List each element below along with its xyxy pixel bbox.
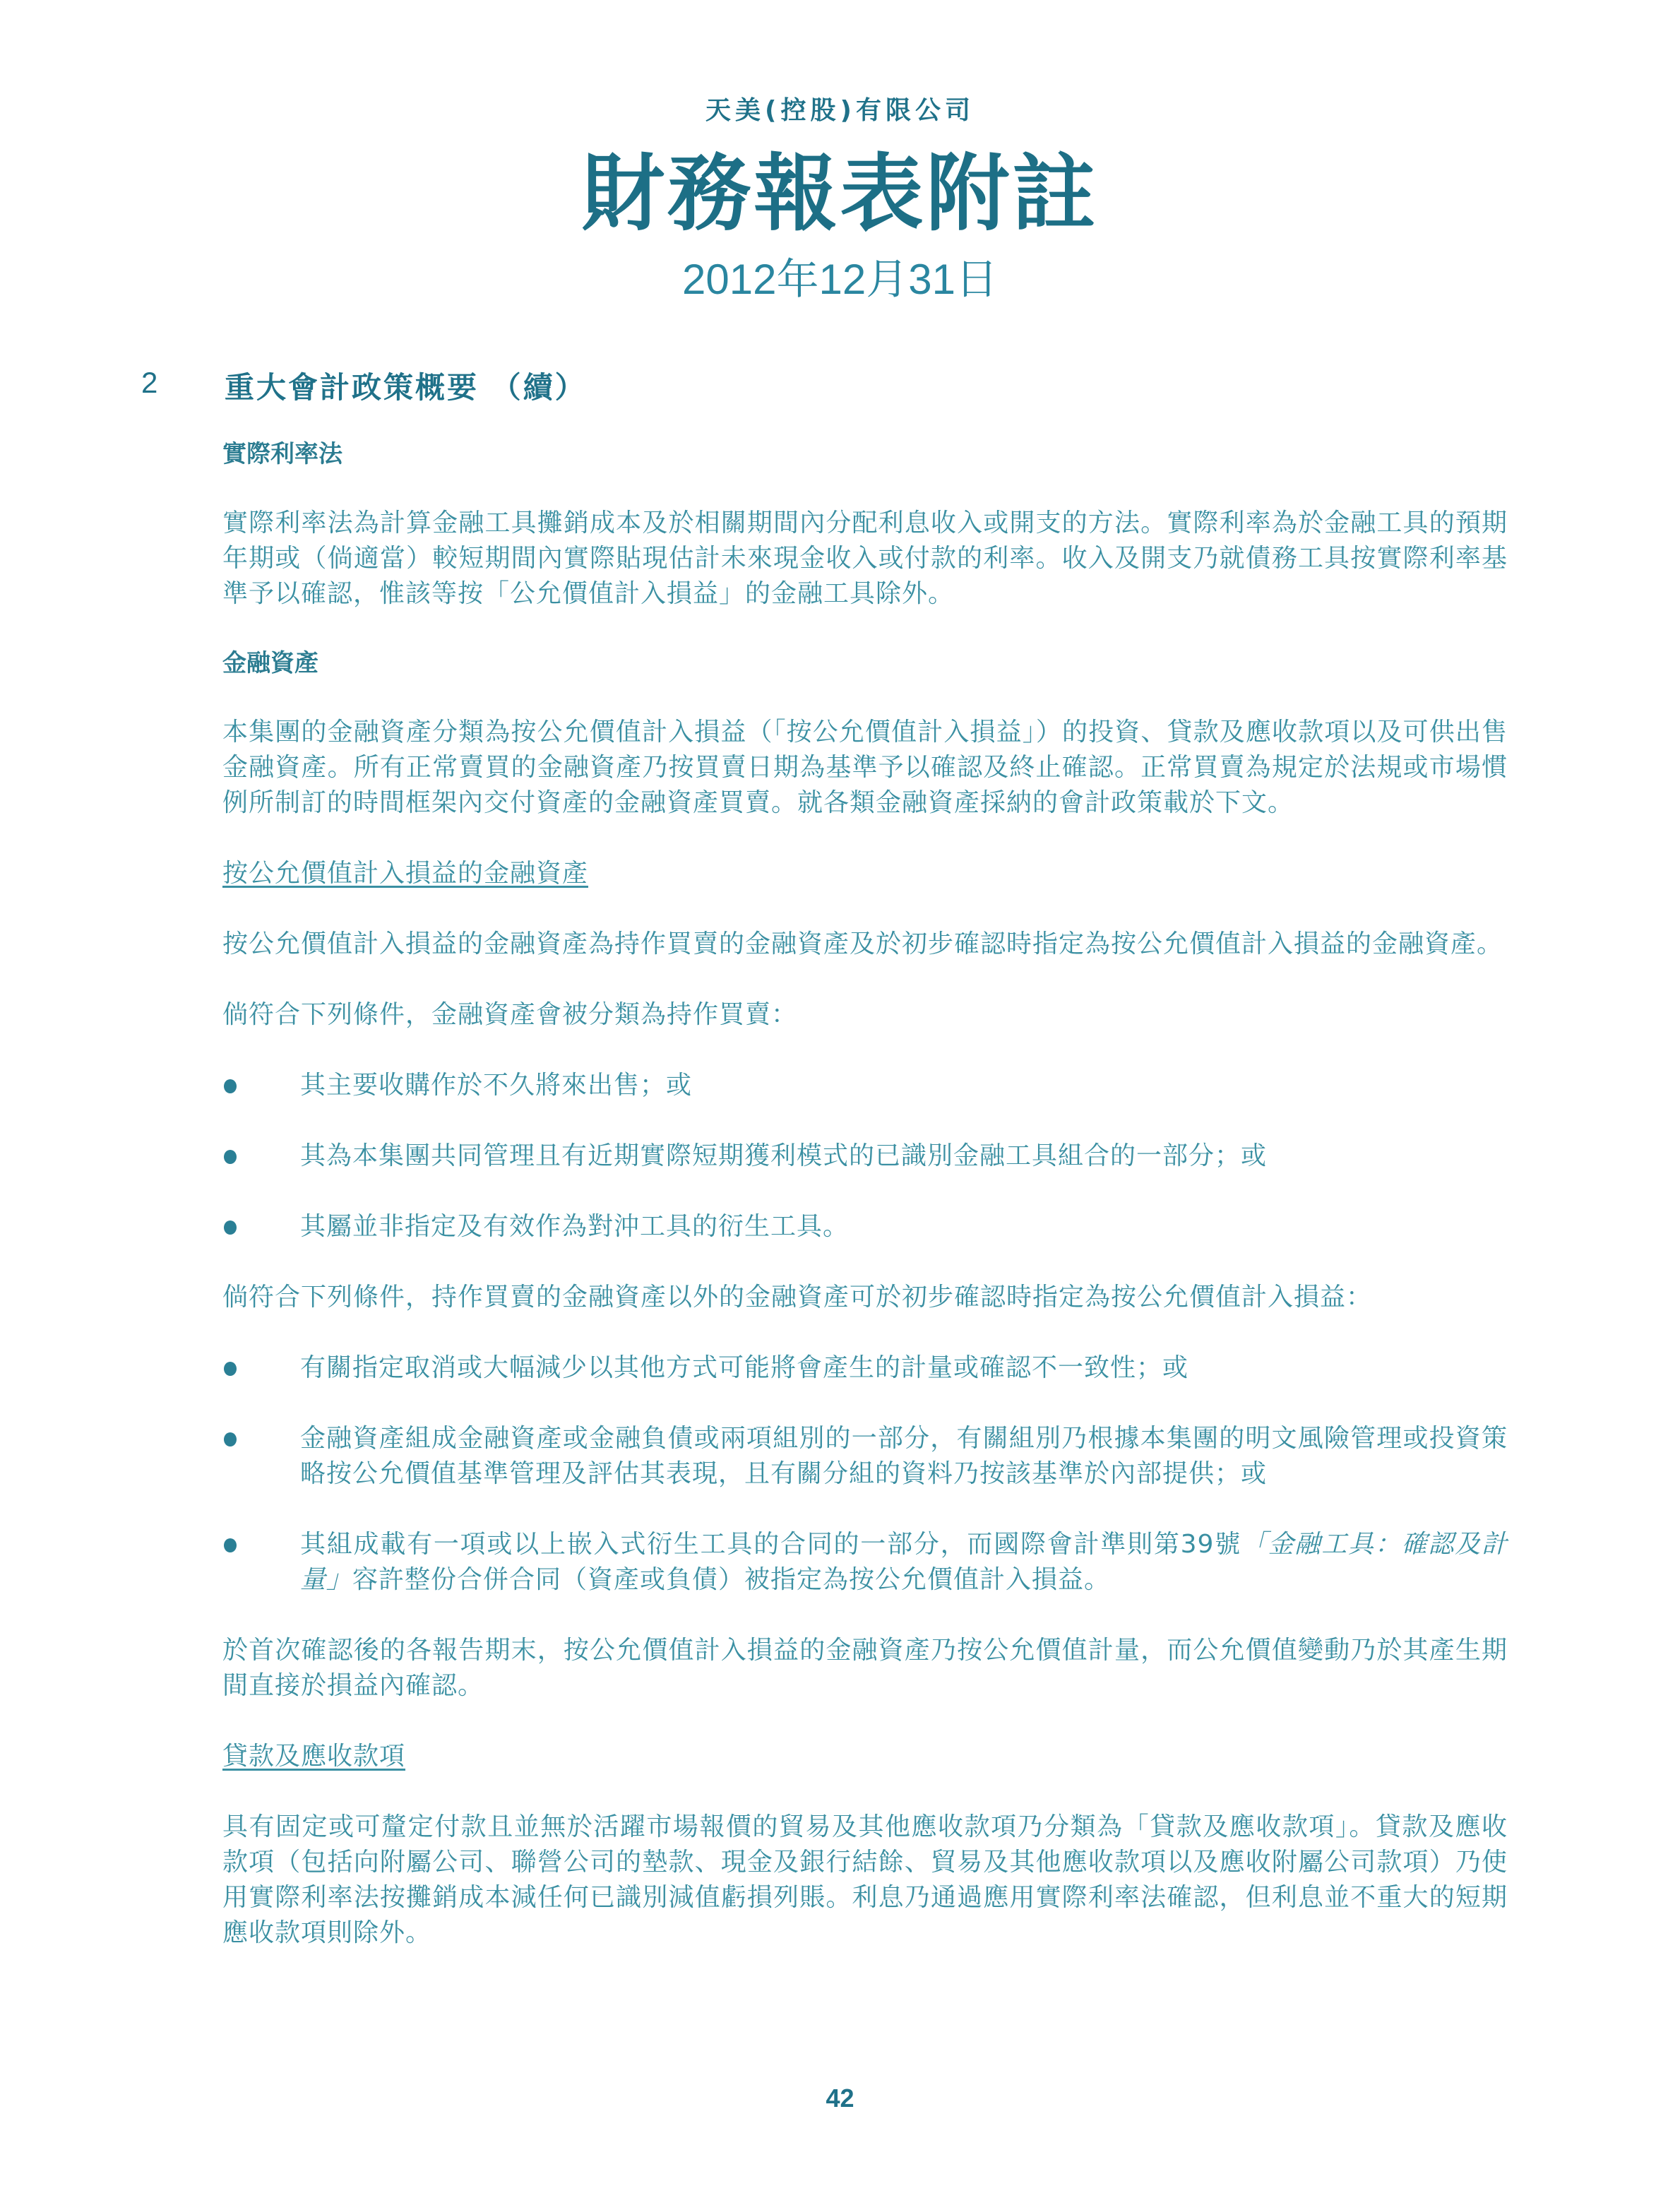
heading-loans-receivables: 貸款及應收款項 xyxy=(222,1739,405,1774)
company-name: 天美(控股)有限公司 xyxy=(0,90,1680,126)
bullet-icon xyxy=(224,1220,237,1235)
bullet-icon xyxy=(224,1079,237,1093)
list-item-text: 其為本集團共同管理且有近期實際短期獲利模式的已識別金融工具組合的一部分；或 xyxy=(300,1141,1267,1170)
list-item-text-after: 容許整份合併合同（資產或負債）被指定為按公允價值計入損益。 xyxy=(352,1565,1110,1594)
list-item: 其屬並非指定及有效作為對沖工具的衍生工具。 xyxy=(222,1209,1508,1245)
list-item: 其主要收購作於不久將來出售；或 xyxy=(222,1068,1508,1103)
list-item-text: 金融資產組成金融資產或金融負債或兩項組別的一部分，有關組別乃根據本集團的明文風險… xyxy=(300,1424,1508,1488)
list-item: 其組成載有一項或以上嵌入式衍生工具的合同的一部分，而國際會計準則第39號「金融工… xyxy=(222,1527,1508,1598)
document-body: 實際利率法 實際利率法為計算金融工具攤銷成本及於相關期間內分配利息收入或開支的方… xyxy=(222,438,1508,1986)
list-item-text: 其屬並非指定及有效作為對沖工具的衍生工具。 xyxy=(300,1212,849,1241)
bullet-icon xyxy=(224,1150,237,1164)
list-item: 金融資產組成金融資產或金融負債或兩項組別的一部分，有關組別乃根據本集團的明文風險… xyxy=(222,1421,1508,1492)
paragraph-held-for-trading-intro: 倘符合下列條件，金融資產會被分類為持作買賣： xyxy=(222,997,1508,1033)
document-date: 2012年12月31日 xyxy=(0,246,1680,307)
designation-list: 有關指定取消或大幅減少以其他方式可能將會產生的計量或確認不一致性；或 金融資產組… xyxy=(222,1350,1508,1598)
bullet-icon xyxy=(224,1538,237,1552)
list-item-text-before: 其組成載有一項或以上嵌入式衍生工具的合同的一部分，而國際會計準則第39號 xyxy=(300,1530,1241,1559)
paragraph-effective-interest: 實際利率法為計算金融工具攤銷成本及於相關期間內分配利息收入或開支的方法。實際利率… xyxy=(222,506,1508,612)
list-item: 其為本集團共同管理且有近期實際短期獲利模式的已識別金融工具組合的一部分；或 xyxy=(222,1139,1508,1174)
paragraph-fvtpl-definition: 按公允價值計入損益的金融資產為持作買賣的金融資產及於初步確認時指定為按公允價值計… xyxy=(222,927,1508,962)
paragraph-designation-intro: 倘符合下列條件，持作買賣的金融資產以外的金融資產可於初步確認時指定為按公允價值計… xyxy=(222,1280,1508,1315)
held-for-trading-list: 其主要收購作於不久將來出售；或 其為本集團共同管理且有近期實際短期獲利模式的已識… xyxy=(222,1068,1508,1245)
paragraph-loans-receivables: 具有固定或可釐定付款且並無於活躍市場報價的貿易及其他應收款項乃分類為「貸款及應收… xyxy=(222,1810,1508,1951)
list-item-text: 有關指定取消或大幅減少以其他方式可能將會產生的計量或確認不一致性；或 xyxy=(300,1353,1188,1382)
paragraph-financial-assets: 本集團的金融資產分類為按公允價值計入損益（「按公允價值計入損益」）的投資、貸款及… xyxy=(222,715,1508,821)
list-item: 有關指定取消或大幅減少以其他方式可能將會產生的計量或確認不一致性；或 xyxy=(222,1350,1508,1386)
section-number: 2 xyxy=(141,366,157,400)
page-number: 42 xyxy=(0,2084,1680,2113)
section-title: 重大會計政策概要 （續） xyxy=(225,364,587,407)
heading-financial-assets: 金融資產 xyxy=(222,647,1508,679)
paragraph-subsequent-measurement: 於首次確認後的各報告期末，按公允價值計入損益的金融資產乃按公允價值計量，而公允價… xyxy=(222,1633,1508,1704)
heading-fvtpl: 按公允價值計入損益的金融資產 xyxy=(222,856,588,891)
list-item-text: 其主要收購作於不久將來出售；或 xyxy=(300,1071,692,1100)
document-title: 財務報表附註 xyxy=(0,148,1680,240)
bullet-icon xyxy=(224,1432,237,1447)
heading-effective-interest: 實際利率法 xyxy=(222,438,1508,470)
bullet-icon xyxy=(224,1362,237,1376)
